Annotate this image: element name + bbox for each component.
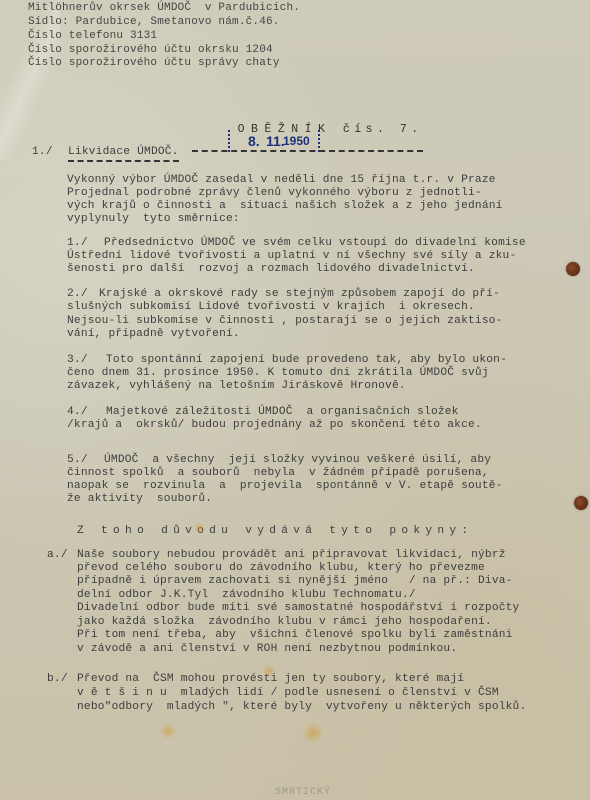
stain-mark [262,665,276,677]
section-number: 1./ [32,146,53,159]
stain-mark [193,522,205,534]
instruction-line: Divadelní odbor bude míti své samostatné… [77,602,519,615]
instruction-letter: b./ [47,673,68,686]
letterhead-line-address: Sídlo: Pardubice, Smetanovo nám.č.46. [28,16,280,29]
intro-line: Projednal podrobné zprávy členů vykonnéh… [67,187,482,200]
point-line: naopak se rozvinula a projevila spontánn… [67,480,503,493]
point-number: 5./ [67,454,88,467]
point-line: Majetkové záležitosti ÚMDOČ a organisačn… [106,406,459,419]
circular-number: čís. 7. [343,123,423,136]
intro-line: vyplynuly tyto směrnice: [67,213,240,226]
instruction-line: Při tom není třeba, aby všichni členové … [77,629,513,642]
instruction-line: nebo"odbory mladých ", které byly vytvoř… [77,701,526,714]
point-line: vání, případně vytvoření. [67,328,240,341]
punch-hole-top [566,262,580,276]
instruction-line: případně i úpravem zachovati si nynější … [77,575,513,588]
instruction-line: delní odbor J.K.Tyl závodního klubu Tech… [77,589,416,602]
instruction-line: jako každá složka závodního klubu v rámc… [77,616,492,629]
point-line: Předsednictvo ÚMDOČ ve svém celku vstoup… [104,237,526,250]
stamp-day: 8. [248,133,260,149]
point-line: šenosti pro další rozvoj a rozmach lidov… [67,263,475,276]
stamp-month: 11. [266,133,285,149]
instructions-heading: Z toho důvodu vydává tyto pokyny: [77,525,473,538]
point-line: čeno dnem 31. prosince 1950. K tomuto dn… [67,367,489,380]
stamp-year: 1950 [283,134,310,148]
stain-mark [302,722,324,744]
faint-show-through-text: SMRTICKÝ [275,787,331,798]
stamp-right-bar [318,130,322,152]
instruction-line: Naše soubory nebudou provádět ani připra… [77,549,506,562]
instruction-letter: a./ [47,549,68,562]
letterhead-line-account-district: Číslo sporožirového účtu okrsku 1204 [28,44,273,57]
point-number: 1./ [67,237,88,250]
intro-line: Vykonný výbor ÚMDOČ zasedal v neděli dne… [67,174,496,187]
point-line: ÚMDOČ a všechny její složky vyvinou vešk… [104,454,491,467]
point-line: Nejsou-li subkomise v činnosti , postara… [67,315,503,328]
letterhead-line-account-cottage: Číslo sporožirového účtu správy chaty [28,57,280,70]
point-line: /krajů a okrsků/ budou projednány až po … [67,419,482,432]
point-line: Toto spontánní zapojení bude provedeno t… [106,354,507,367]
point-line: slušných subkomisí Lidové tvořivosti v k… [67,301,475,314]
intro-line: vých krajů o činnosti a situaci našich s… [67,200,503,213]
instruction-line: převod celého souboru do závodního klubu… [77,562,485,575]
instruction-line: v závodě a ani členství v ROH není nezby… [77,643,457,656]
point-number: 2./ [67,288,88,301]
point-line: činnost spolků a souborů nebyla v žádném… [67,467,489,480]
point-number: 4./ [67,406,88,419]
point-number: 3./ [67,354,88,367]
point-line: že aktivity souborů. [67,493,212,506]
date-stamp: 8. 11. 1950 [228,130,320,152]
punch-hole-bottom [574,496,588,510]
stain-mark [160,722,176,740]
stamp-left-bar [228,130,232,152]
section-heading: Likvidace ÚMDOČ. [68,146,179,162]
letterhead-line-organization: Mitlöhnerův okrsek ÚMDOČ v Pardubicích. [28,2,300,15]
letterhead-line-phone: Číslo telefonu 3131 [28,30,157,43]
document-page: Mitlöhnerův okrsek ÚMDOČ v Pardubicích. … [0,0,590,800]
point-line: Krajské a okrskové rady se stejným způso… [99,288,500,301]
instruction-line: v ě t š i n u mladých lidí / podle usnes… [77,687,499,700]
point-line: závazek, vyhlášený na letošním Jiráskově… [67,380,406,393]
point-line: Ústřední lidové tvořivosti a uplatní v n… [67,250,516,263]
